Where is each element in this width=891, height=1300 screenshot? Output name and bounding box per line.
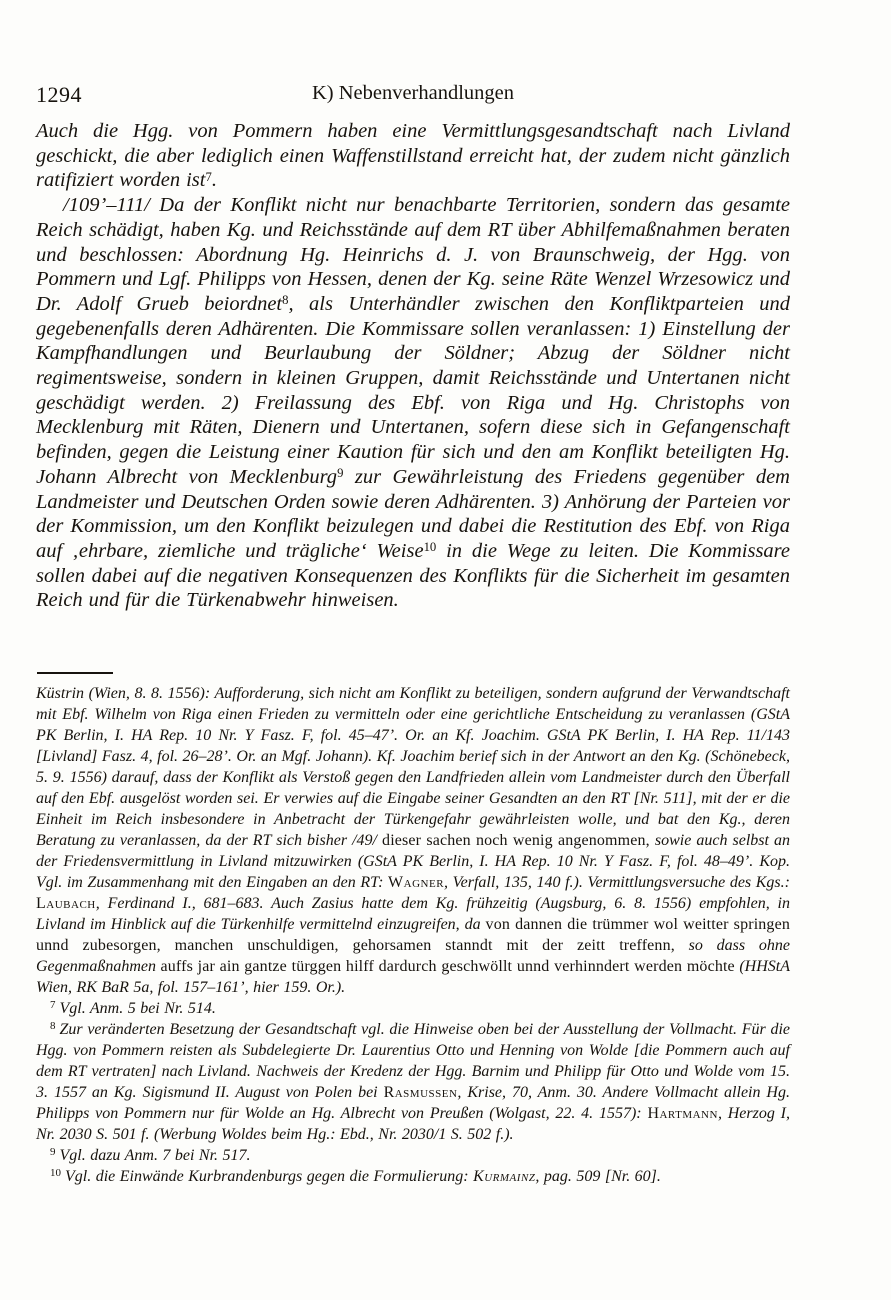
paragraph-summary-1: Auch die Hgg. von Pommern haben eine Ver… xyxy=(36,119,790,193)
footnote-item-8: 8Zur veränderten Besetzung der Gesandtsc… xyxy=(36,1019,790,1145)
footnote-marker-8: 8 xyxy=(50,1020,56,1032)
footnote-text-7: Vgl. Anm. 5 bei Nr. 514. xyxy=(60,1000,216,1017)
running-header: K) Nebenverhandlungen xyxy=(36,82,790,105)
footnote-marker-7: 7 xyxy=(50,999,56,1011)
footnote-item-9: 9Vgl. dazu Anm. 7 bei Nr. 517. xyxy=(36,1145,790,1166)
page-number: 1294 xyxy=(36,82,82,108)
footnote-text-9: Vgl. dazu Anm. 7 bei Nr. 517. xyxy=(60,1147,251,1164)
footnote-separator-rule xyxy=(37,672,113,674)
footnotes: Küstrin (Wien, 8. 8. 1556): Aufforderung… xyxy=(36,683,790,1187)
footnote-text-10: Vgl. die Einwände Kurbrandenburgs gegen … xyxy=(65,1168,661,1185)
footnote-section: Küstrin (Wien, 8. 8. 1556): Aufforderung… xyxy=(36,672,790,1187)
footnote-item-10: 10Vgl. die Einwände Kurbrandenburgs gege… xyxy=(36,1166,790,1187)
main-text: Auch die Hgg. von Pommern haben eine Ver… xyxy=(36,119,790,613)
scanned-book-page: 1294 K) Nebenverhandlungen Auch die Hgg.… xyxy=(0,0,891,1300)
footnote-continuation: Küstrin (Wien, 8. 8. 1556): Aufforderung… xyxy=(36,683,790,998)
page-header: 1294 K) Nebenverhandlungen xyxy=(36,82,790,108)
footnote-marker-10: 10 xyxy=(50,1167,61,1179)
footnote-item-7: 7Vgl. Anm. 5 bei Nr. 514. xyxy=(36,998,790,1019)
paragraph-summary-2: /109’–111/ Da der Konflikt nicht nur ben… xyxy=(36,193,790,613)
footnote-marker-9: 9 xyxy=(50,1146,56,1158)
footnote-text-8: Zur veränderten Besetzung der Gesandtsch… xyxy=(36,1021,790,1143)
